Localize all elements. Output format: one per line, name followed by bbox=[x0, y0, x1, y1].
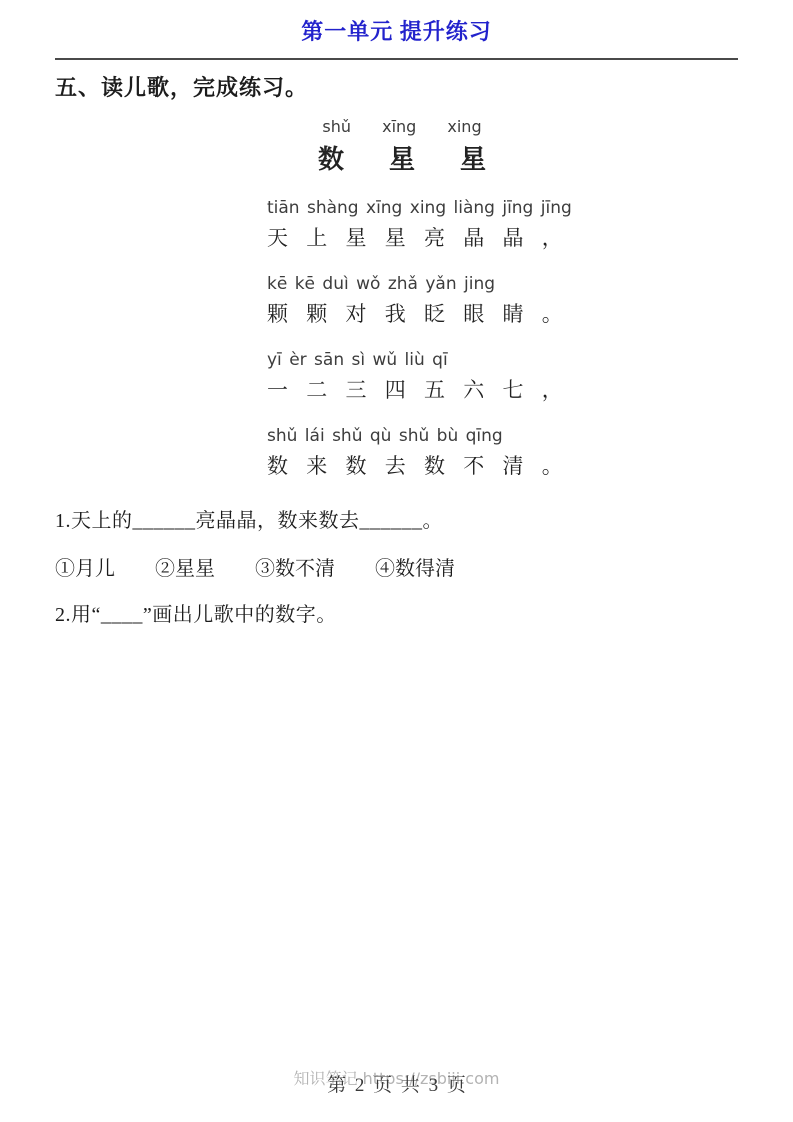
poem-line-3: yī èr sān sì wǔ liù qī 一 二 三 四 五 六 七 ， bbox=[267, 350, 537, 404]
poem-line-3-hanzi: 一 二 三 四 五 六 七 ， bbox=[267, 374, 537, 404]
poem-line-3-pinyin: yī èr sān sì wǔ liù qī bbox=[267, 350, 537, 370]
option-3: ③数不清 bbox=[255, 552, 335, 581]
poem-line-1-hanzi: 天 上 星 星 亮 晶 晶 ， bbox=[267, 222, 537, 252]
option-2: ②星星 bbox=[155, 552, 215, 581]
question-1-options: ①月儿 ②星星 ③数不清 ④数得清 bbox=[55, 552, 793, 581]
page-number: 第 2 页 共 3 页 bbox=[327, 1070, 466, 1097]
poem-title-pinyin: shǔ xīng xing bbox=[267, 117, 537, 136]
poem-line-2-pinyin: kē kē duì wǒ zhǎ yǎn jing bbox=[267, 274, 537, 294]
poem-title: 数 星 星 bbox=[267, 139, 537, 176]
page-header-title: 第一单元 提升练习 bbox=[0, 15, 793, 46]
option-1: ①月儿 bbox=[55, 552, 115, 581]
poem-line-4-hanzi: 数 来 数 去 数 不 清 。 bbox=[267, 450, 537, 480]
option-4: ④数得清 bbox=[375, 552, 455, 581]
question-2-text: 2.用“____”画出儿歌中的数字。 bbox=[55, 598, 793, 627]
worksheet-page: 第一单元 提升练习 五、读儿歌，完成练习。 shǔ xīng xing 数 星 … bbox=[0, 0, 793, 1122]
page-footer: 知识笔记 https://zsbiji.com 第 2 页 共 3 页 bbox=[0, 1066, 793, 1096]
question-1-text: 1.天上的______亮晶晶，数来数去______。 bbox=[55, 504, 793, 533]
poem-line-2-hanzi: 颗 颗 对 我 眨 眼 睛 。 bbox=[267, 298, 537, 328]
poem-block: shǔ xīng xing 数 星 星 tiān shàng xīng xing… bbox=[267, 117, 537, 480]
poem-line-4-pinyin: shǔ lái shǔ qù shǔ bù qīng bbox=[267, 426, 537, 446]
header-divider bbox=[55, 58, 738, 60]
poem-line-4: shǔ lái shǔ qù shǔ bù qīng 数 来 数 去 数 不 清… bbox=[267, 426, 537, 480]
poem-line-1: tiān shàng xīng xing liàng jīng jīng 天 上… bbox=[267, 198, 537, 252]
poem-line-2: kē kē duì wǒ zhǎ yǎn jing 颗 颗 对 我 眨 眼 睛 … bbox=[267, 274, 537, 328]
section-title: 五、读儿歌，完成练习。 bbox=[55, 71, 793, 102]
poem-line-1-pinyin: tiān shàng xīng xing liàng jīng jīng bbox=[267, 198, 537, 218]
